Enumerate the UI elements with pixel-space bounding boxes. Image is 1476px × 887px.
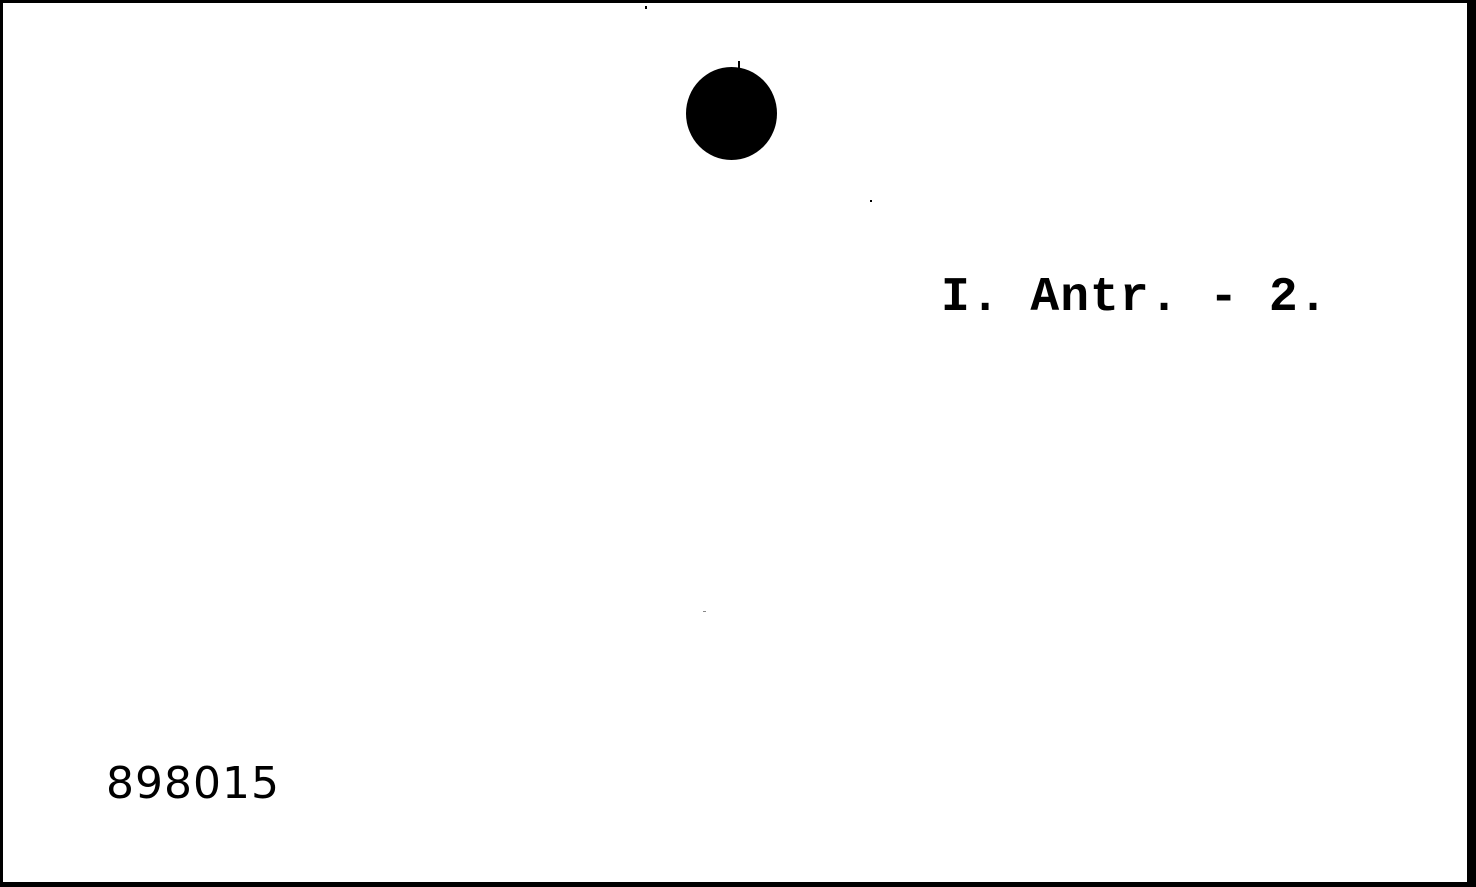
speck-mark <box>645 6 647 9</box>
card-number: 898015 <box>106 757 280 811</box>
card-heading: I. Antr. - 2. <box>941 271 1328 325</box>
speck-mark <box>703 611 706 612</box>
punch-hole-icon <box>686 67 777 160</box>
speck-mark <box>870 200 872 202</box>
index-card: I. Antr. - 2. 898015 <box>3 3 1467 882</box>
